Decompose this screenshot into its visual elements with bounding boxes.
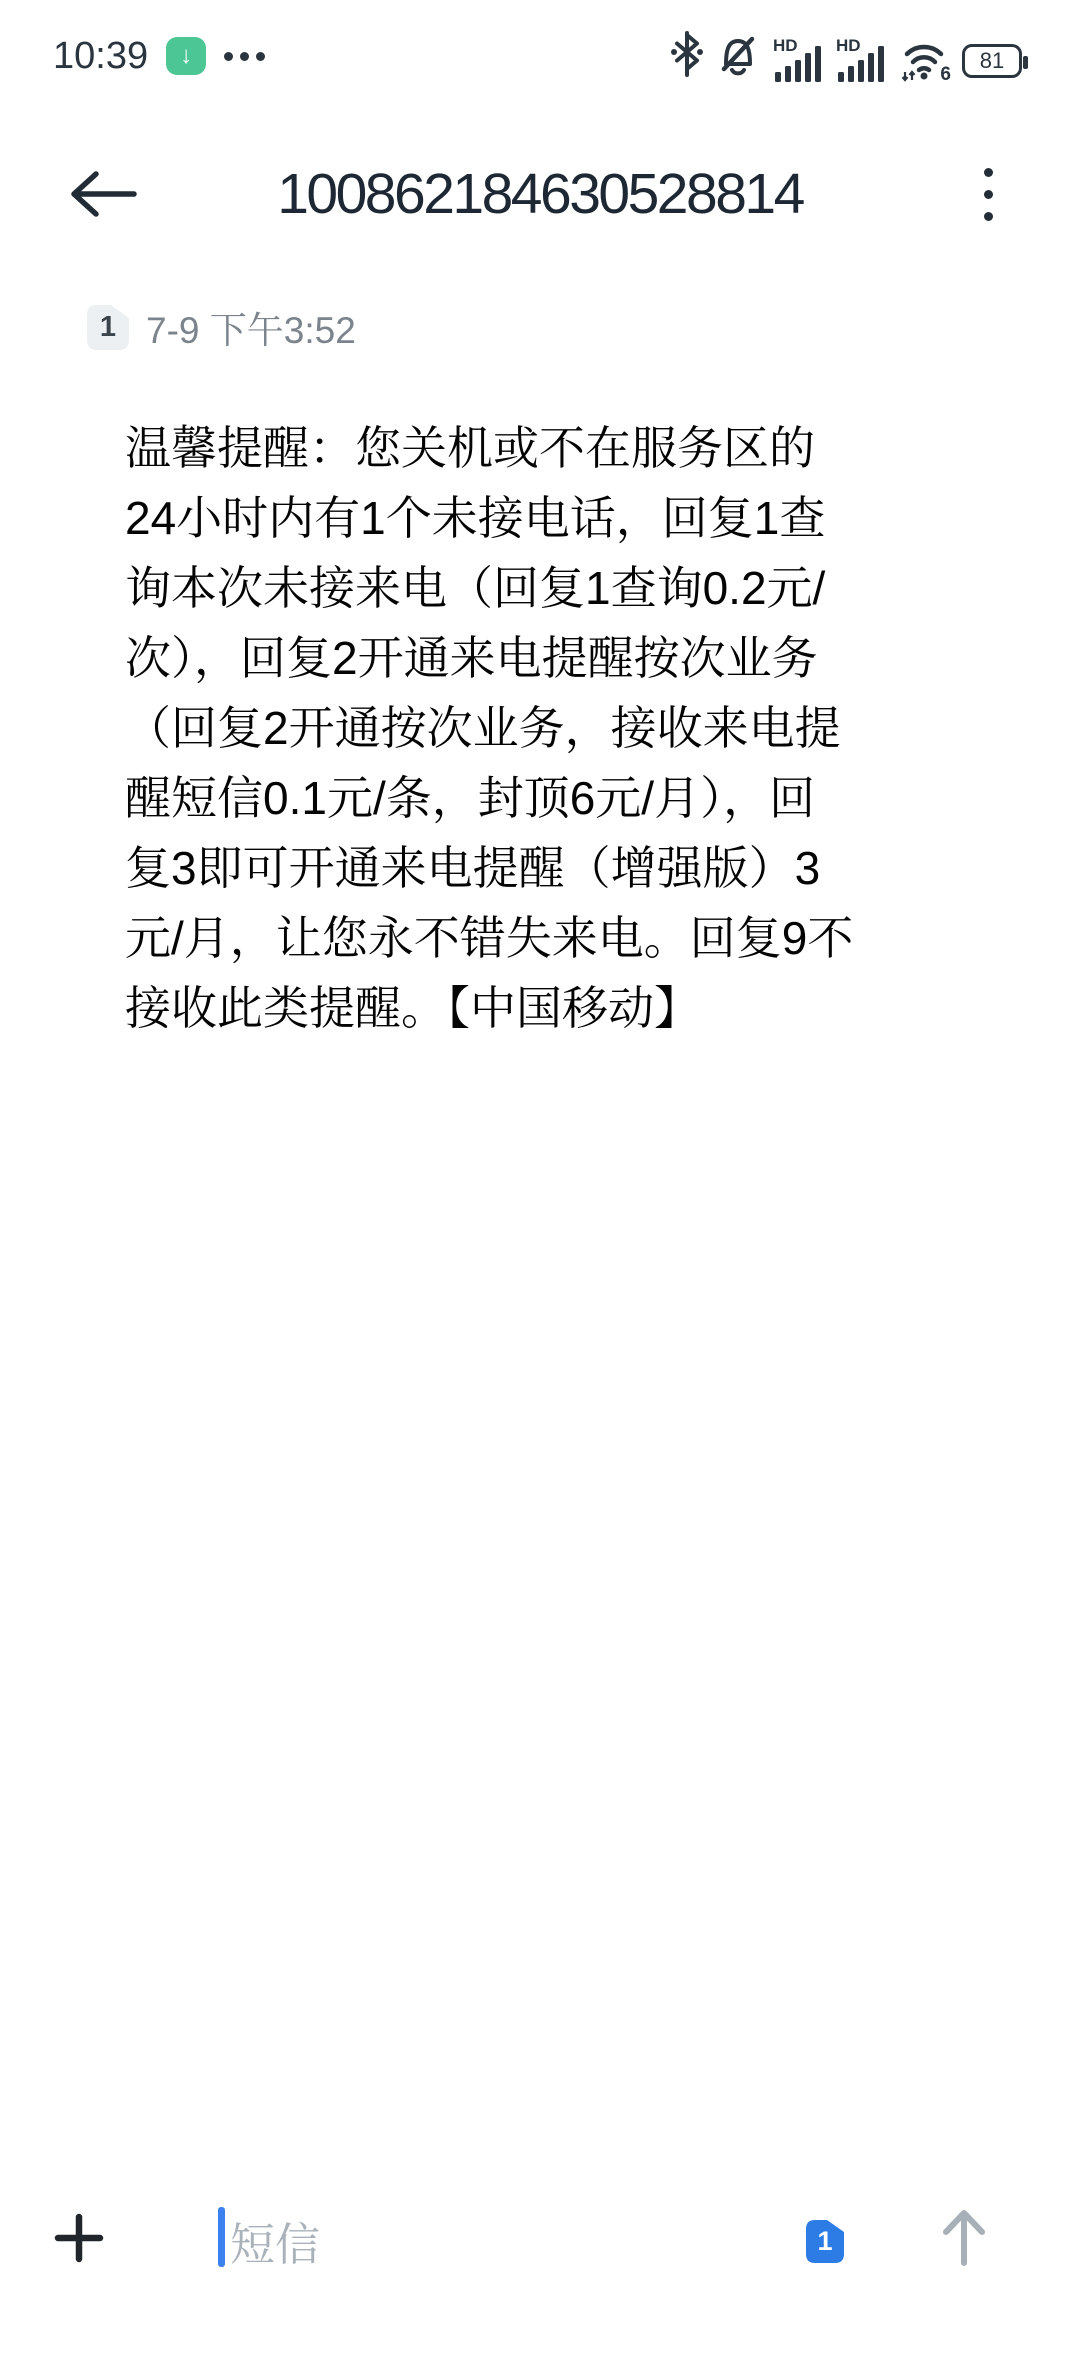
composer-bar: 短信 1 [0, 2200, 1080, 2280]
message-line: 复3即可开通来电提醒（增强版）3 [125, 833, 875, 903]
send-sim-selector[interactable]: 1 [806, 2220, 844, 2263]
message-line: 24小时内有1个未接电话，回复1查 [125, 483, 875, 553]
message-date-row: 1 7-9 下午3:52 [87, 300, 356, 354]
message-line: 温馨提醒：您关机或不在服务区的 [125, 413, 875, 483]
more-vertical-icon[interactable] [968, 156, 1008, 232]
battery-icon: 81 [962, 44, 1022, 78]
sms-message-text[interactable]: 温馨提醒：您关机或不在服务区的 24小时内有1个未接电话，回复1查 询本次未接来… [125, 413, 875, 1043]
message-input[interactable]: 短信 [150, 2200, 790, 2280]
message-line: 次），回复2开通来电提醒按次业务 [125, 623, 875, 693]
send-sim-number: 1 [806, 2220, 844, 2263]
wifi-icon: 6 [899, 36, 949, 82]
message-line: （回复2开通按次业务，接收来电提 [125, 693, 875, 763]
wifi-standard-label: 6 [940, 64, 951, 86]
sim1-badge: 1 [87, 305, 129, 350]
message-line: 元/月，让您永不错失来电。回复9不 [125, 903, 875, 973]
send-button[interactable] [938, 2206, 990, 2268]
conversation-header: 100862184630528814 [0, 138, 1080, 250]
message-line: 接收此类提醒。【中国移动】 [125, 973, 875, 1043]
status-bar: 10:39 ↓ HD [0, 26, 1080, 86]
message-line: 醒短信0.1元/条，封顶6元/月），回 [125, 763, 875, 833]
clock: 10:39 [53, 35, 148, 78]
input-placeholder: 短信 [230, 2200, 320, 2280]
hidden-notifications-icon [224, 52, 265, 61]
download-badge-icon: ↓ [166, 37, 206, 75]
sim1-badge-number: 1 [87, 305, 129, 350]
sim2-signal-icon: HD [836, 36, 886, 82]
sim1-signal-icon: HD [773, 36, 823, 82]
attach-plus-button[interactable] [53, 2212, 105, 2264]
notifications-muted-icon [716, 31, 760, 82]
message-line: 询本次未接来电（回复1查询0.2元/ [125, 553, 875, 623]
text-caret [218, 2207, 225, 2267]
battery-percent: 81 [980, 48, 1004, 74]
conversation-title: 100862184630528814 [0, 138, 1080, 250]
message-timestamp: 7-9 下午3:52 [146, 300, 356, 354]
bluetooth-icon [671, 31, 703, 82]
